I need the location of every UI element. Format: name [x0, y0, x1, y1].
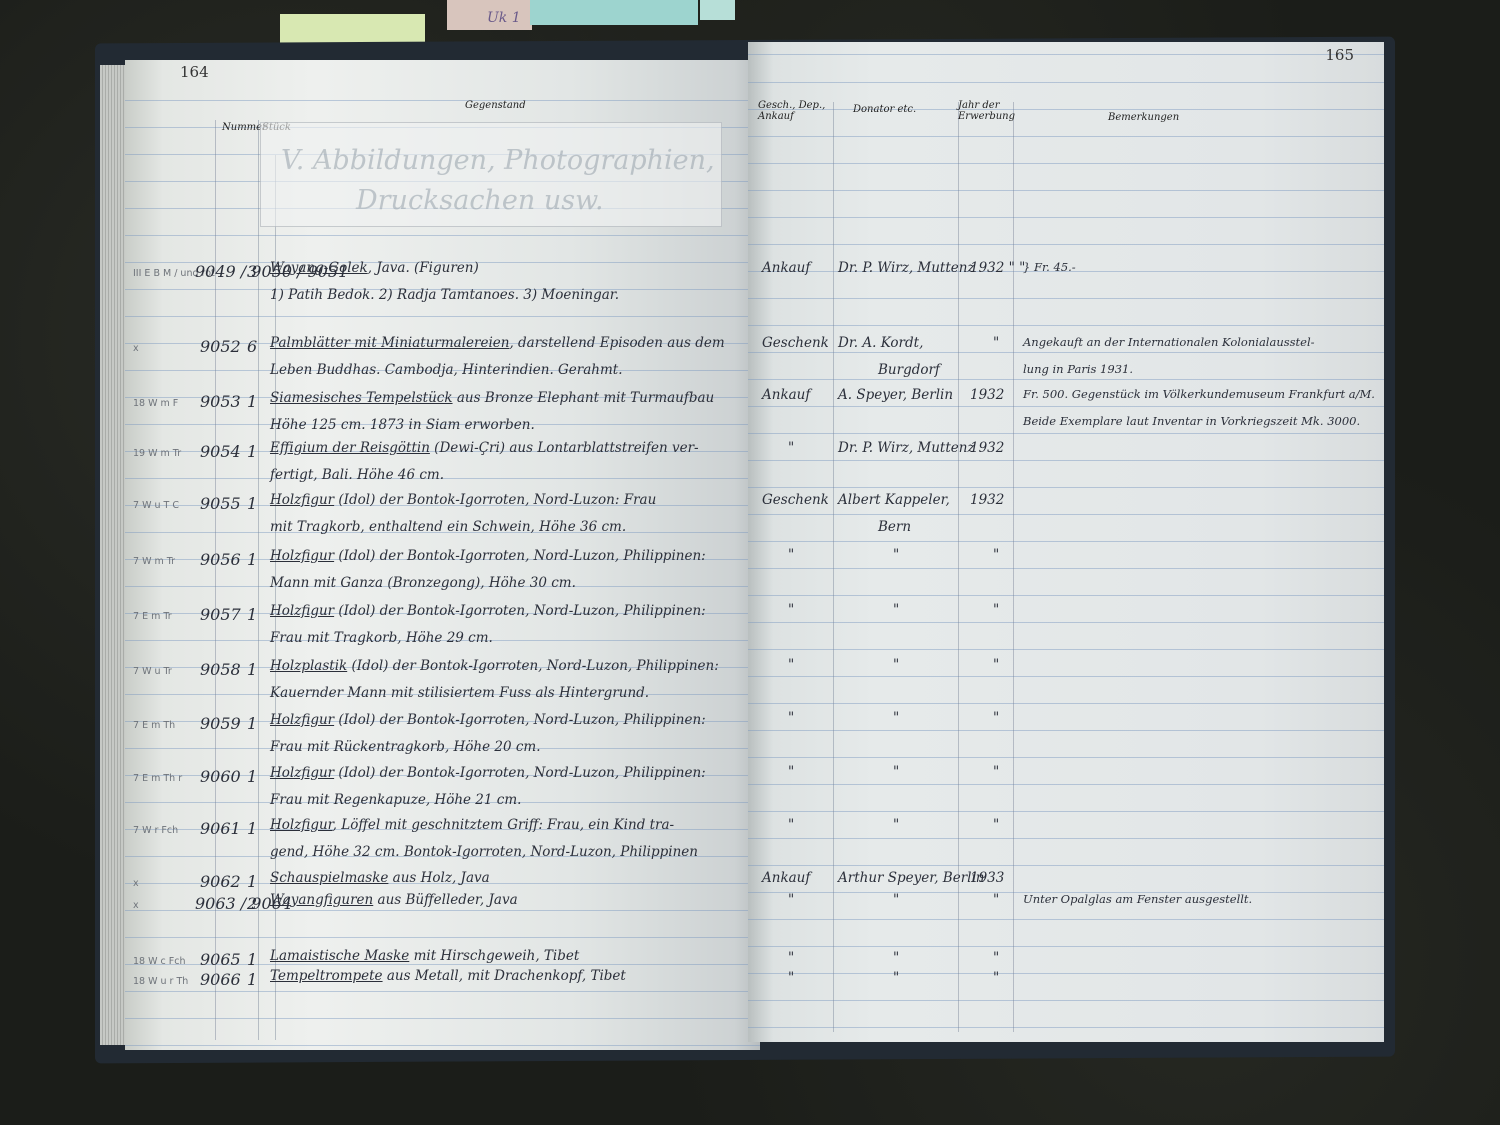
acquisition-type: Geschenk	[762, 335, 829, 351]
donor: Dr. A. Kordt,	[838, 335, 923, 351]
acquisition-type: Ankauf	[762, 260, 810, 276]
donor: "	[893, 950, 899, 966]
object-description-line-2: Kauernder Mann mit stilisiertem Fuss als…	[270, 685, 649, 701]
table-row: 7 W u T C90551Holzfigur (Idol) der Bonto…	[125, 492, 760, 544]
remarks-line-2: Beide Exemplare laut Inventar in Vorkrie…	[1023, 414, 1360, 428]
donor: "	[893, 892, 899, 908]
table-row: 7 E m Th r90601Holzfigur (Idol) der Bont…	[125, 765, 760, 817]
catalog-code: x	[133, 900, 139, 911]
object-title: Effigium der Reisgöttin	[270, 440, 430, 456]
catalog-code: 18 W m F	[133, 398, 178, 409]
column-header-remarks: Bemerkungen	[1108, 112, 1179, 123]
catalog-code: x	[133, 343, 139, 354]
acquisition-year: 1932 " "	[970, 260, 1025, 276]
page-number-right: 165	[1325, 46, 1354, 64]
piece-count: 1	[247, 970, 257, 989]
donor-line-2: Burgdorf	[878, 362, 940, 378]
acquisition-type: "	[788, 892, 794, 908]
object-description: Wayangfiguren aus Büffelleder, Java	[270, 892, 518, 908]
piece-count: 1	[247, 950, 257, 969]
inventory-number: 9058	[200, 660, 241, 679]
piece-count: 1	[247, 819, 257, 838]
object-title: Palmblätter mit Miniaturmalereien	[270, 335, 509, 351]
inventory-number: 9056	[200, 550, 241, 569]
donor: A. Speyer, Berlin	[838, 387, 953, 403]
object-description: Palmblätter mit Miniaturmalereien, darst…	[270, 335, 725, 351]
object-title: Holzfigur	[270, 817, 333, 833]
object-title: Siamesisches Tempelstück	[270, 390, 453, 406]
table-row: """	[748, 817, 1384, 869]
table-row: 18 W m F90531Siamesisches Tempelstück au…	[125, 390, 760, 442]
piece-count: 1	[247, 872, 257, 891]
object-title: Schauspielmaske	[270, 870, 388, 886]
piece-count: 2	[247, 894, 257, 913]
acquisition-type: "	[788, 602, 794, 618]
inventory-number: 9053	[200, 392, 241, 411]
remarks: Fr. 500. Gegenstück im Völkerkundemuseum…	[1023, 387, 1375, 401]
acquisition-type: "	[788, 710, 794, 726]
acquisition-type: "	[788, 657, 794, 673]
acquisition-year: 1932	[970, 492, 1004, 508]
acquisition-type: "	[788, 547, 794, 563]
object-description-line-2: mit Tragkorb, enthaltend ein Schwein, Hö…	[270, 519, 626, 535]
object-description: Effigium der Reisgöttin (Dewi-Çri) aus L…	[270, 440, 699, 456]
column-header-year: Jahr der Erwerbung	[958, 100, 1013, 122]
object-description-line-2: Mann mit Ganza (Bronzegong), Höhe 30 cm.	[270, 575, 576, 591]
table-row: III E B M / und rot9049 / 9050 / 90513Wa…	[125, 260, 760, 312]
donor-line-2: Bern	[878, 519, 911, 535]
object-description: Siamesisches Tempelstück aus Bronze Elep…	[270, 390, 714, 406]
inventory-number: 9052	[200, 337, 241, 356]
table-row: AnkaufDr. P. Wirz, Muttenz1932 " "} Fr. …	[748, 260, 1384, 312]
section-title-line-1: V. Abbildungen, Photographien,	[281, 145, 715, 176]
acquisition-year: "	[993, 970, 999, 986]
object-title: Wayangfiguren	[270, 892, 373, 908]
bookmark-tab-blue-2	[700, 0, 735, 20]
table-row: """	[748, 657, 1384, 709]
inventory-number: 9054	[200, 442, 241, 461]
acquisition-year: "	[993, 547, 999, 563]
table-row: x90526Palmblätter mit Miniaturmalereien,…	[125, 335, 760, 387]
object-description-line-2: Frau mit Rückentragkorb, Höhe 20 cm.	[270, 739, 541, 755]
piece-count: 1	[247, 767, 257, 786]
table-row: 7 E m Tr90571Holzfigur (Idol) der Bontok…	[125, 603, 760, 655]
donor: "	[893, 710, 899, 726]
tab-note: Uk 1	[487, 10, 521, 26]
acquisition-year: "	[993, 892, 999, 908]
section-title-box: V. Abbildungen, Photographien, Drucksach…	[260, 122, 722, 227]
column-header-object: Gegenstand	[465, 100, 526, 111]
piece-count: 1	[247, 494, 257, 513]
table-row: """	[748, 710, 1384, 762]
object-description: Holzfigur, Löffel mit geschnitztem Griff…	[270, 817, 674, 833]
catalog-code: 7 E m Th	[133, 720, 175, 731]
acquisition-year: "	[993, 335, 999, 351]
table-row: 19 W m Tr90541Effigium der Reisgöttin (D…	[125, 440, 760, 492]
object-description-line-2: gend, Höhe 32 cm. Bontok-Igorroten, Nord…	[270, 844, 698, 860]
inventory-number: 9061	[200, 819, 241, 838]
object-description: Holzfigur (Idol) der Bontok-Igorroten, N…	[270, 603, 706, 619]
catalog-code: 18 W c Fch	[133, 956, 185, 967]
page-number-left: 164	[180, 63, 209, 81]
left-page: 164 Nummer Stück Gegenstand V. Abbildung…	[125, 60, 760, 1050]
catalog-code: 7 W u T C	[133, 500, 179, 511]
table-row: """Unter Opalglas am Fenster ausgestellt…	[748, 892, 1384, 944]
acquisition-year: "	[993, 764, 999, 780]
donor: Albert Kappeler,	[838, 492, 950, 508]
object-description: Wayang-Golek, Java. (Figuren)	[270, 260, 479, 276]
table-row: "Dr. P. Wirz, Muttenz1932	[748, 440, 1384, 492]
donor: "	[893, 547, 899, 563]
acquisition-year: "	[993, 817, 999, 833]
acquisition-type: "	[788, 950, 794, 966]
table-row: 7 W r Fch90611Holzfigur, Löffel mit gesc…	[125, 817, 760, 869]
table-row: 18 W u r Th90661Tempeltrompete aus Metal…	[125, 968, 760, 1020]
object-description: Holzfigur (Idol) der Bontok-Igorroten, N…	[270, 712, 706, 728]
catalog-code: 7 W u Tr	[133, 666, 172, 677]
object-description-line-2: Frau mit Regenkapuze, Höhe 21 cm.	[270, 792, 521, 808]
catalog-code: 7 E m Tr	[133, 611, 172, 622]
column-header-acquisition: Gesch., Dep., Ankauf	[758, 100, 828, 122]
donor: "	[893, 657, 899, 673]
inventory-number: 9060	[200, 767, 241, 786]
remarks: Unter Opalglas am Fenster ausgestellt.	[1023, 892, 1252, 906]
object-title: Holzplastik	[270, 658, 347, 674]
acquisition-type: Ankauf	[762, 387, 810, 403]
donor: Dr. P. Wirz, Muttenz	[838, 260, 975, 276]
object-description: Holzfigur (Idol) der Bontok-Igorroten, N…	[270, 548, 706, 564]
right-page: 165 Gesch., Dep., Ankauf Donator etc. Ja…	[748, 42, 1384, 1042]
remarks: } Fr. 45.-	[1023, 260, 1076, 274]
donor: Dr. P. Wirz, Muttenz	[838, 440, 975, 456]
column-header-donor: Donator etc.	[853, 104, 916, 115]
object-title: Holzfigur	[270, 548, 334, 564]
table-row: x9063 / 90642Wayangfiguren aus Büffelled…	[125, 892, 760, 944]
object-description: Tempeltrompete aus Metall, mit Drachenko…	[270, 968, 626, 984]
acquisition-type: "	[788, 440, 794, 456]
bookmark-tab-blue	[530, 0, 698, 25]
table-row: 7 E m Th90591Holzfigur (Idol) der Bontok…	[125, 712, 760, 764]
object-description-line-2: Leben Buddhas. Cambodja, Hinterindien. G…	[270, 362, 623, 378]
object-title: Wayang-Golek	[270, 260, 368, 276]
table-row: """	[748, 547, 1384, 599]
object-description: Lamaistische Maske mit Hirschgeweih, Tib…	[270, 948, 579, 964]
object-title: Holzfigur	[270, 603, 334, 619]
piece-count: 1	[247, 605, 257, 624]
acquisition-type: Ankauf	[762, 870, 810, 886]
inventory-number: 9065	[200, 950, 241, 969]
catalog-code: x	[133, 878, 139, 889]
object-description-line-2: Frau mit Tragkorb, Höhe 29 cm.	[270, 630, 493, 646]
object-title: Holzfigur	[270, 492, 334, 508]
acquisition-year: "	[993, 710, 999, 726]
table-row: GeschenkDr. A. Kordt,Burgdorf"Angekauft …	[748, 335, 1384, 387]
catalog-code: 7 E m Th r	[133, 773, 182, 784]
catalog-code: 18 W u r Th	[133, 976, 188, 987]
acquisition-type: "	[788, 817, 794, 833]
remarks-line-2: lung in Paris 1931.	[1023, 362, 1133, 376]
object-description: Holzplastik (Idol) der Bontok-Igorroten,…	[270, 658, 719, 674]
object-description: Schauspielmaske aus Holz, Java	[270, 870, 490, 886]
piece-count: 1	[247, 442, 257, 461]
catalog-code: 7 W r Fch	[133, 825, 178, 836]
inventory-number: 9062	[200, 872, 241, 891]
object-title: Holzfigur	[270, 765, 334, 781]
acquisition-year: 1932	[970, 387, 1004, 403]
table-row: 7 W m Tr90561Holzfigur (Idol) der Bontok…	[125, 548, 760, 600]
table-row: """	[748, 970, 1384, 1022]
donor: "	[893, 817, 899, 833]
catalog-code: 19 W m Tr	[133, 448, 181, 459]
section-title-line-2: Drucksachen usw.	[356, 185, 604, 216]
remarks: Angekauft an der Internationalen Kolonia…	[1023, 335, 1315, 349]
object-title: Holzfigur	[270, 712, 334, 728]
donor: "	[893, 764, 899, 780]
piece-count: 1	[247, 392, 257, 411]
acquisition-year: 1933	[970, 870, 1004, 886]
donor: Arthur Speyer, Berlin	[838, 870, 985, 886]
object-description-line-2: fertigt, Bali. Höhe 46 cm.	[270, 467, 444, 483]
acquisition-year: "	[993, 950, 999, 966]
inventory-number: 9066	[200, 970, 241, 989]
table-row: 7 W u Tr90581Holzplastik (Idol) der Bont…	[125, 658, 760, 710]
inventory-number: 9055	[200, 494, 241, 513]
object-title: Lamaistische Maske	[270, 948, 409, 964]
piece-count: 1	[247, 550, 257, 569]
table-row: """	[748, 602, 1384, 654]
acquisition-type: Geschenk	[762, 492, 829, 508]
table-row: AnkaufA. Speyer, Berlin1932Fr. 500. Gege…	[748, 387, 1384, 439]
object-description: Holzfigur (Idol) der Bontok-Igorroten, N…	[270, 765, 706, 781]
object-description-line-2: Höhe 125 cm. 1873 in Siam erworben.	[270, 417, 535, 433]
acquisition-type: "	[788, 764, 794, 780]
table-row: """	[748, 764, 1384, 816]
donor: "	[893, 970, 899, 986]
inventory-number: 9059	[200, 714, 241, 733]
table-row: GeschenkAlbert Kappeler,Bern1932	[748, 492, 1384, 544]
object-title: Tempeltrompete	[270, 968, 383, 984]
piece-count: 3	[247, 262, 257, 281]
catalog-code: 7 W m Tr	[133, 556, 175, 567]
acquisition-year: "	[993, 602, 999, 618]
donor: "	[893, 602, 899, 618]
object-description: Holzfigur (Idol) der Bontok-Igorroten, N…	[270, 492, 656, 508]
acquisition-year: "	[993, 657, 999, 673]
bookmark-tab-pink: Uk 1	[447, 0, 532, 30]
piece-count: 1	[247, 660, 257, 679]
acquisition-year: 1932	[970, 440, 1004, 456]
piece-count: 6	[247, 337, 257, 356]
object-description-line-2: 1) Patih Bedok. 2) Radja Tamtanoes. 3) M…	[270, 287, 619, 303]
acquisition-type: "	[788, 970, 794, 986]
piece-count: 1	[247, 714, 257, 733]
inventory-number: 9057	[200, 605, 241, 624]
